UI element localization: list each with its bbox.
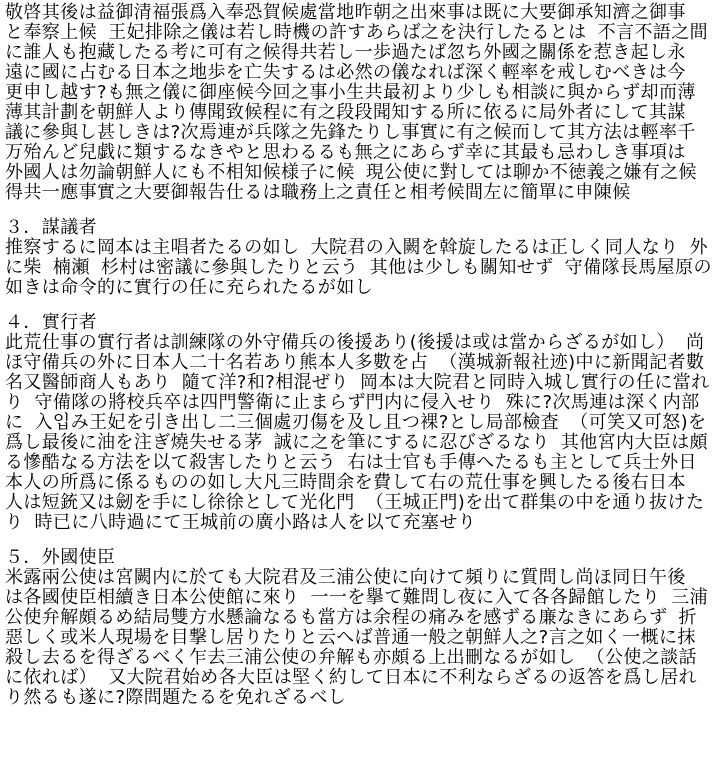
section-heading-foreign-envoys: ５．外國使臣	[5, 548, 722, 568]
section-body-perpetrators: 此荒仕事の實行者は訓練隊の外守備兵の後援あり(後援は或は當からざるが如し） 尚 …	[5, 333, 722, 533]
document-page: 敬啓其後は益御清福張爲入奉恐賀候處當地昨朝之出來事は既に大要御承知濟之御事 と奉…	[0, 0, 724, 708]
section-heading-perpetrators: ４．實行者	[5, 313, 722, 333]
section-conspirators: ３．謀議者 推察するに岡本は主唱者たるの如し 大院君の入闕を斡旋したるは正しく同…	[5, 218, 722, 298]
section-body-foreign-envoys: 米露兩公使は宮闕内に於ても大院君及三浦公使に向けて頻りに質問し尚ほ同日午後 は各…	[5, 568, 722, 708]
section-perpetrators: ４．實行者 此荒仕事の實行者は訓練隊の外守備兵の後援あり(後援は或は當からざるが…	[5, 313, 722, 533]
section-heading-conspirators: ３．謀議者	[5, 218, 722, 238]
intro-paragraph: 敬啓其後は益御清福張爲入奉恐賀候處當地昨朝之出來事は既に大要御承知濟之御事 と奉…	[5, 3, 722, 203]
section-body-conspirators: 推察するに岡本は主唱者たるの如し 大院君の入闕を斡旋したるは正しく同人なり 外 …	[5, 238, 722, 298]
section-foreign-envoys: ５．外國使臣 米露兩公使は宮闕内に於ても大院君及三浦公使に向けて頻りに質問し尚ほ…	[5, 548, 722, 708]
